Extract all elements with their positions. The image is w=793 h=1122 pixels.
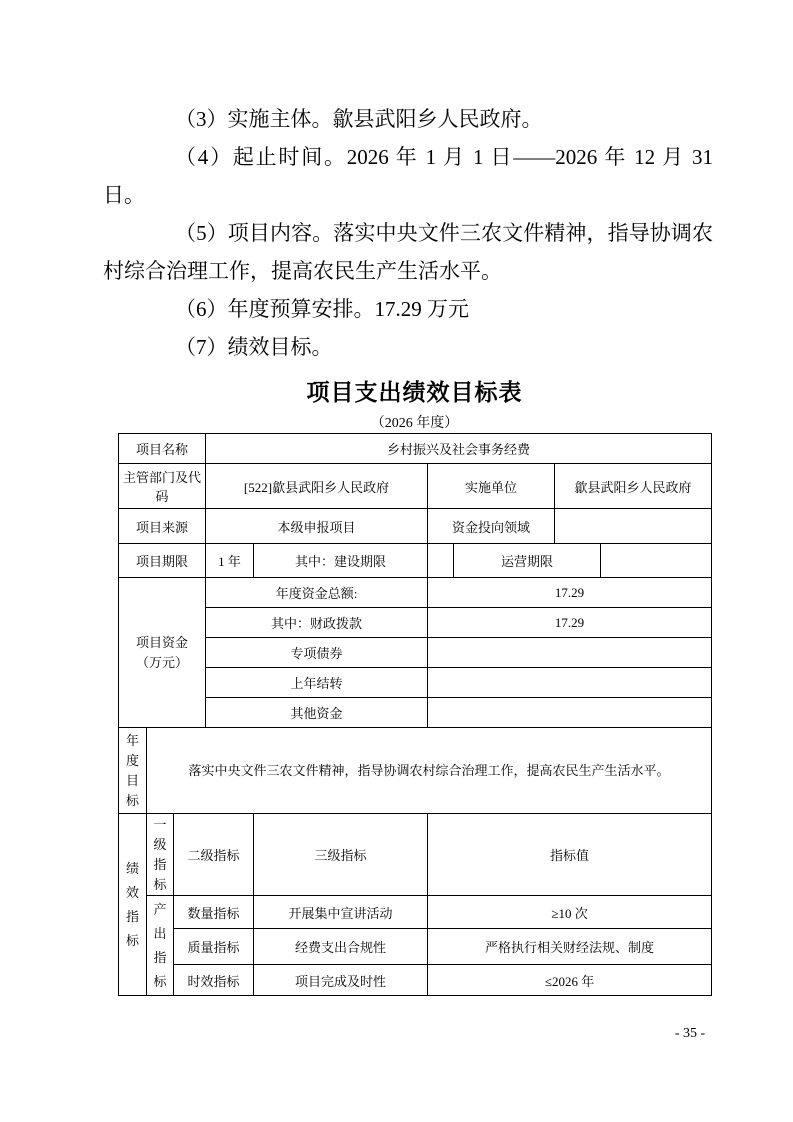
row-fund-bond: 专项债券 <box>119 638 712 668</box>
paragraph-5: （5）项目内容。落实中央文件三农文件精神，指导协调农村综合治理工作，提高农民生产… <box>103 214 713 290</box>
project-name-label: 项目名称 <box>119 434 206 464</box>
row-indicator-timeliness: 时效指标 项目完成及时性 ≤2026 年 <box>119 965 712 996</box>
row-source: 项目来源 本级申报项目 资金投向领域 <box>119 509 712 544</box>
department-value: [522]歙县武阳乡人民政府 <box>206 464 428 509</box>
quality-level2: 质量指标 <box>174 929 254 965</box>
row-annual-goal: 年度目标 落实中央文件三农文件精神，指导协调农村综合治理工作，提高农民生产生活水… <box>119 728 712 814</box>
value-header: 指标值 <box>428 814 712 896</box>
project-name-value: 乡村振兴及社会事务经费 <box>206 434 712 464</box>
row-fund-carryover: 上年结转 <box>119 668 712 698</box>
table-title: 项目支出绩效目标表 <box>118 374 711 407</box>
duration-label: 项目期限 <box>119 544 206 578</box>
fund-carryover-value <box>428 668 712 698</box>
duration-value: 1 年 <box>206 544 254 578</box>
operate-period-value <box>601 544 712 578</box>
quantity-level3: 开展集中宣讲活动 <box>254 896 428 929</box>
impl-unit-label: 实施单位 <box>428 464 555 509</box>
indicators-label: 绩效指标 <box>119 814 147 996</box>
page-number: - 35 - <box>640 1026 740 1042</box>
quality-value: 严格执行相关财经法规、制度 <box>428 929 712 965</box>
funds-label: 项目资金 （万元） <box>119 578 206 728</box>
quantity-value: ≥10 次 <box>428 896 712 929</box>
document-page: （3）实施主体。歙县武阳乡人民政府。 （4）起止时间。2026 年 1 月 1 … <box>0 0 793 1122</box>
level1-header: 一级指标 <box>147 814 174 896</box>
output-group-label: 产出指标 <box>147 896 174 996</box>
row-fund-fiscal: 其中：财政拨款 17.29 <box>119 608 712 638</box>
fund-other-value <box>428 698 712 728</box>
paragraph-4: （4）起止时间。2026 年 1 月 1 日——2026 年 12 月 31 日… <box>103 138 713 214</box>
fund-fiscal-value: 17.29 <box>428 608 712 638</box>
row-fund-total: 项目资金 （万元） 年度资金总额: 17.29 <box>119 578 712 608</box>
row-duration: 项目期限 1 年 其中：建设期限 运营期限 <box>119 544 712 578</box>
body-paragraphs: （3）实施主体。歙县武阳乡人民政府。 （4）起止时间。2026 年 1 月 1 … <box>103 100 713 366</box>
row-fund-other: 其他资金 <box>119 698 712 728</box>
paragraph-7: （7）绩效目标。 <box>103 328 713 366</box>
row-indicator-header: 绩效指标 一级指标 二级指标 三级指标 指标值 <box>119 814 712 896</box>
build-period-value <box>428 544 454 578</box>
quality-level3: 经费支出合规性 <box>254 929 428 965</box>
paragraph-3: （3）实施主体。歙县武阳乡人民政府。 <box>103 100 713 138</box>
fund-area-label: 资金投向领域 <box>428 509 555 544</box>
fund-total-label: 年度资金总额: <box>206 578 428 608</box>
fund-total-value: 17.29 <box>428 578 712 608</box>
timeliness-level3: 项目完成及时性 <box>254 965 428 996</box>
paragraph-6: （6）年度预算安排。17.29 万元 <box>103 290 713 328</box>
fund-bond-value <box>428 638 712 668</box>
row-indicator-quality: 质量指标 经费支出合规性 严格执行相关财经法规、制度 <box>119 929 712 965</box>
fund-area-value <box>555 509 712 544</box>
fund-other-label: 其他资金 <box>206 698 428 728</box>
table-subtitle: （2026 年度） <box>118 412 711 432</box>
department-label: 主管部门及代码 <box>119 464 206 509</box>
timeliness-value: ≤2026 年 <box>428 965 712 996</box>
source-label: 项目来源 <box>119 509 206 544</box>
level2-header: 二级指标 <box>174 814 254 896</box>
fund-fiscal-label: 其中：财政拨款 <box>206 608 428 638</box>
row-project-name: 项目名称 乡村振兴及社会事务经费 <box>119 434 712 464</box>
impl-unit-value: 歙县武阳乡人民政府 <box>555 464 712 509</box>
source-value: 本级申报项目 <box>206 509 428 544</box>
quantity-level2: 数量指标 <box>174 896 254 929</box>
performance-target-table: 项目名称 乡村振兴及社会事务经费 主管部门及代码 [522]歙县武阳乡人民政府 … <box>118 433 712 996</box>
level3-header: 三级指标 <box>254 814 428 896</box>
timeliness-level2: 时效指标 <box>174 965 254 996</box>
annual-goal-value: 落实中央文件三农文件精神，指导协调农村综合治理工作，提高农民生产生活水平。 <box>147 728 712 814</box>
fund-bond-label: 专项债券 <box>206 638 428 668</box>
fund-carryover-label: 上年结转 <box>206 668 428 698</box>
annual-goal-label: 年度目标 <box>119 728 147 814</box>
build-period-label: 其中：建设期限 <box>254 544 428 578</box>
row-department: 主管部门及代码 [522]歙县武阳乡人民政府 实施单位 歙县武阳乡人民政府 <box>119 464 712 509</box>
row-indicator-quantity: 产出指标 数量指标 开展集中宣讲活动 ≥10 次 <box>119 896 712 929</box>
operate-period-label: 运营期限 <box>454 544 601 578</box>
